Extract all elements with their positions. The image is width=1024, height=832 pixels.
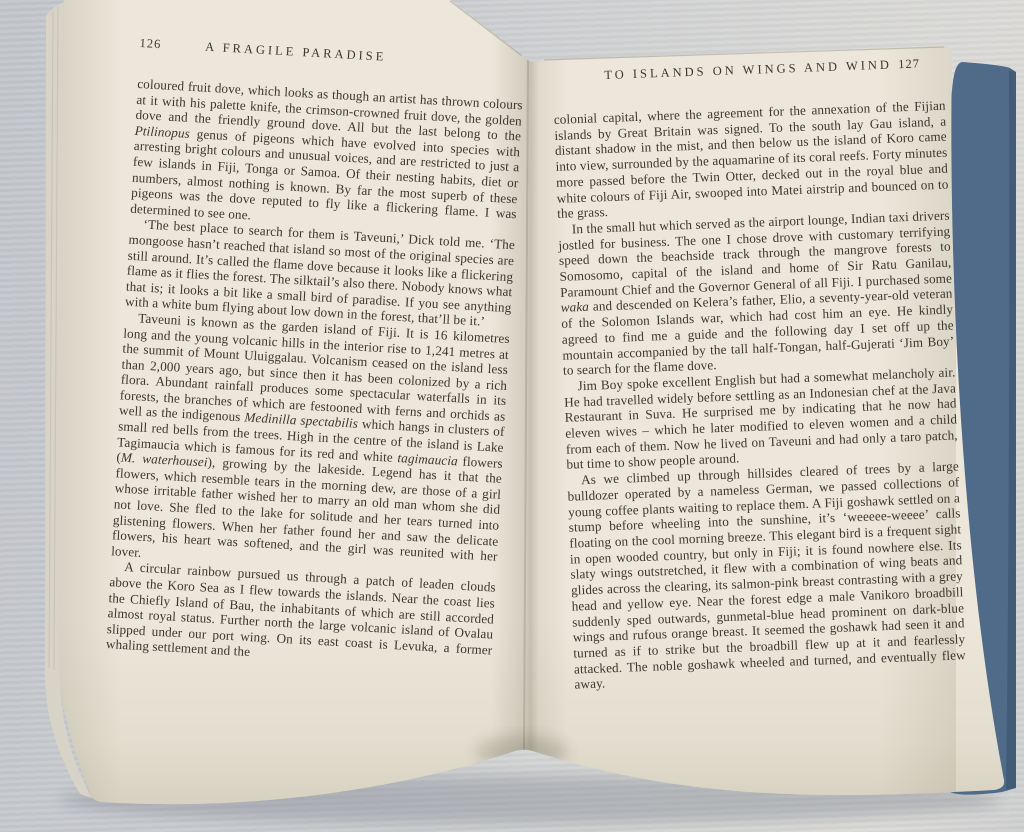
right-page-number: 127 <box>898 57 920 73</box>
gutter-bottom-dip-shadow <box>476 736 568 768</box>
paragraph: In the small hut which served as the air… <box>558 207 955 378</box>
left-edge-shading <box>58 0 122 832</box>
right-page: TO ISLANDS ON WINGS AND WIND 127 colonia… <box>552 56 967 693</box>
paragraph: As we climbed up through hillsides clear… <box>567 459 967 693</box>
left-page-body: coloured fruit dove, which looks as thou… <box>106 76 524 674</box>
paragraph: coloured fruit dove, which looks as thou… <box>130 76 523 238</box>
paragraph: Jim Boy spoke excellent English but had … <box>563 364 958 473</box>
left-page: 126 A FRAGILE PARADISE coloured fruit do… <box>106 36 526 674</box>
left-page-number: 126 <box>139 36 162 52</box>
paragraph: colonial capital, where the agreement fo… <box>554 98 950 222</box>
book-photo: 126 A FRAGILE PARADISE coloured fruit do… <box>0 0 1024 832</box>
right-page-body: colonial capital, where the agreement fo… <box>554 98 967 693</box>
paragraph: Taveuni is known as the garden island of… <box>111 309 510 580</box>
